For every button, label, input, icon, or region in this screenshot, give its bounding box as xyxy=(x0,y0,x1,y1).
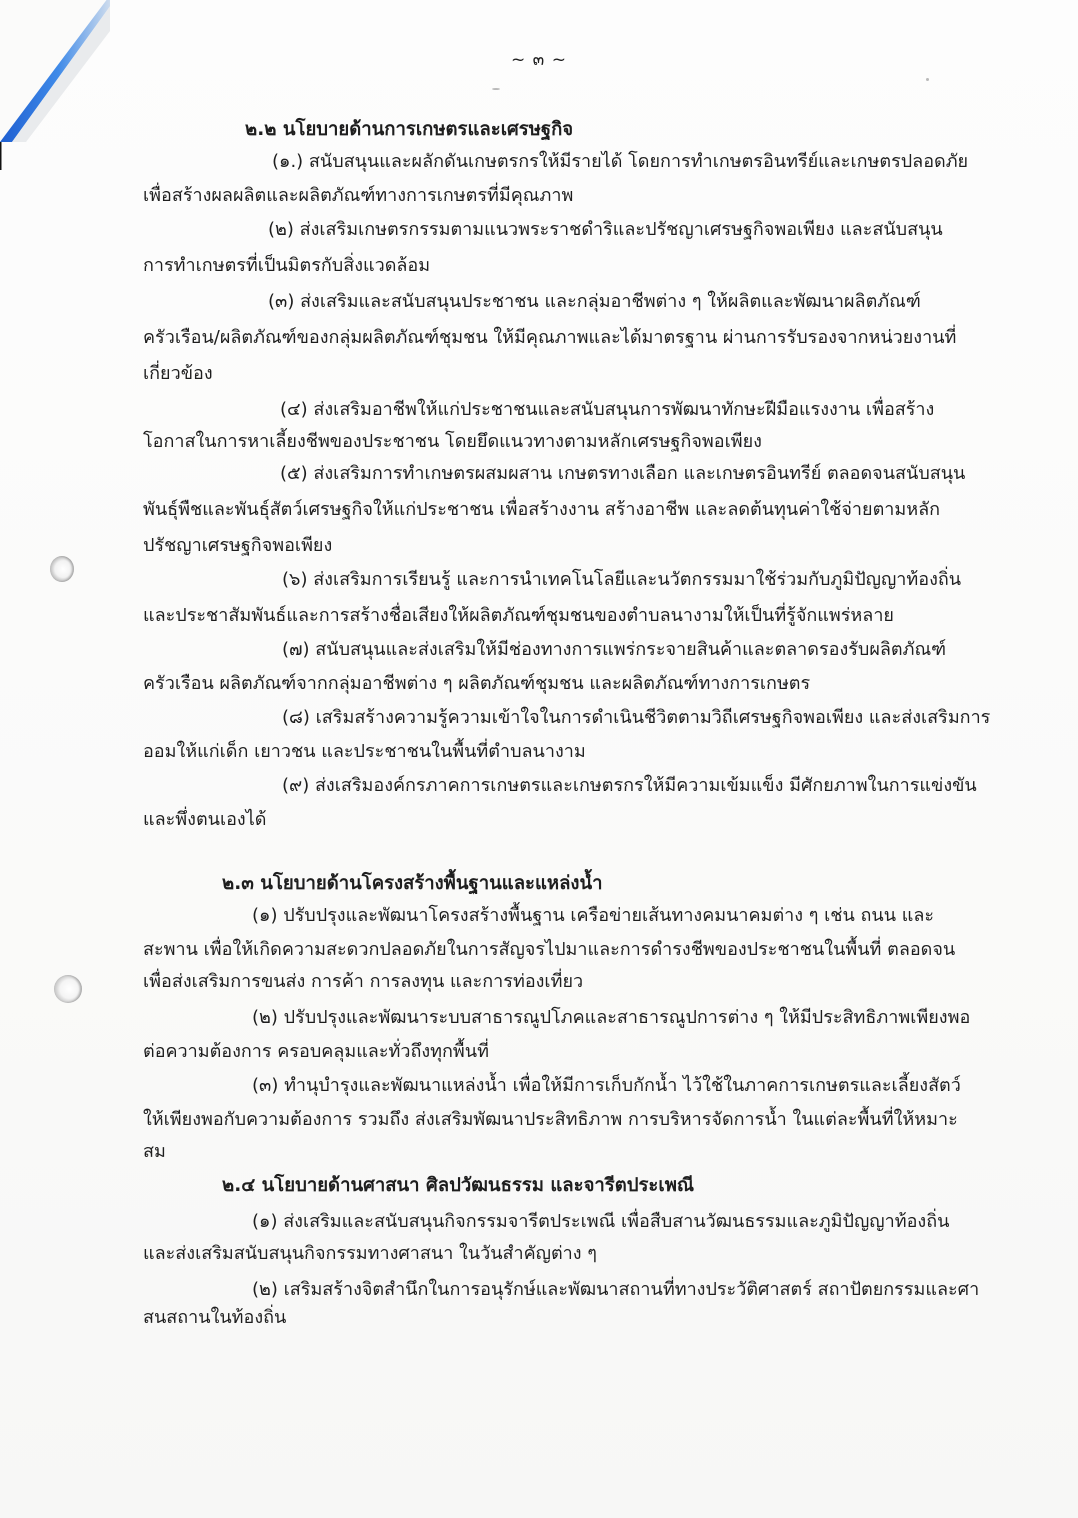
paragraph-line: เพื่อสร้างผลผลิตและผลิตภัณฑ์ทางการเกษตรท… xyxy=(143,184,573,208)
paragraph-line: (๗) สนับสนุนและส่งเสริมให้มีช่องทางการแพ… xyxy=(282,638,946,662)
paragraph-line: (๘) เสริมสร้างความรู้ความเข้าใจในการดำเน… xyxy=(282,706,990,730)
scanned-document-page: ~ ๓ ~ ๒.๒ นโยบายด้านการเกษตรและเศรษฐกิจ … xyxy=(0,0,1078,1518)
paragraph-line: สะพาน เพื่อให้เกิดความสะดวกปลอดภัยในการส… xyxy=(143,938,955,962)
punch-hole xyxy=(50,556,74,582)
paragraph-line: และพึ่งตนเองได้ xyxy=(143,808,266,832)
paragraph-line: ต่อความต้องการ ครอบคลุมและทั่วถึงทุกพื้น… xyxy=(143,1040,489,1064)
page-corner-fold-icon xyxy=(0,0,110,170)
paragraph-line: (๔) ส่งเสริมอาชีพให้แก่ประชาชนและสนับสนุ… xyxy=(280,398,934,422)
paragraph-line: สนสถานในท้องถิ่น xyxy=(143,1306,286,1330)
paragraph-line: ให้เพียงพอกับความต้องการ รวมถึง ส่งเสริม… xyxy=(143,1108,958,1132)
page-number: ~ ๓ ~ xyxy=(0,46,1078,73)
scan-speck xyxy=(492,88,500,90)
paragraph-line: ปรัชญาเศรษฐกิจพอเพียง xyxy=(143,534,332,558)
paragraph-line: (๓) ทำนุบำรุงและพัฒนาแหล่งน้ำ เพื่อให้มี… xyxy=(252,1074,961,1098)
paragraph-line: (๓) ส่งเสริมและสนับสนุนประชาชน และกลุ่มอ… xyxy=(268,290,921,314)
paragraph-line: พันธุ์พืชและพันธุ์สัตว์เศรษฐกิจให้แก่ประ… xyxy=(143,498,940,522)
paragraph-line: (๒) เสริมสร้างจิตสำนึกในการอนุรักษ์และพั… xyxy=(252,1278,979,1302)
paragraph-line: ครัวเรือน/ผลิตภัณฑ์ของกลุ่มผลิตภัณฑ์ชุมช… xyxy=(143,326,956,350)
paragraph-line: โอกาสในการหาเลี้ยงชีพของประชาชน โดยยึดแน… xyxy=(143,430,762,454)
section-heading: ๒.๒ นโยบายด้านการเกษตรและเศรษฐกิจ xyxy=(245,118,573,142)
section-heading: ๒.๔ นโยบายด้านศาสนา ศิลปวัฒนธรรม และจารี… xyxy=(222,1174,694,1198)
paragraph-line: ครัวเรือน ผลิตภัณฑ์จากกลุ่มอาชีพต่าง ๆ ผ… xyxy=(143,672,810,696)
paragraph-line: และส่งเสริมสนับสนุนกิจกรรมทางศาสนา ในวัน… xyxy=(143,1242,597,1266)
punch-hole xyxy=(54,975,82,1003)
scan-speck xyxy=(926,78,929,81)
section-heading: ๒.๓ นโยบายด้านโครงสร้างพื้นฐานและแหล่งน้… xyxy=(222,872,603,896)
paragraph-line: และประชาสัมพันธ์และการสร้างชื่อเสียงให้ผ… xyxy=(143,604,894,628)
paragraph-line: (๕) ส่งเสริมการทำเกษตรผสมผสาน เกษตรทางเล… xyxy=(280,462,965,486)
paragraph-line: (๙) ส่งเสริมองค์กรภาคการเกษตรและเกษตรกรใ… xyxy=(282,774,977,798)
paragraph-line: เกี่ยวข้อง xyxy=(143,362,213,386)
paragraph-line: ออมให้แก่เด็ก เยาวชน และประชาชนในพื้นที่… xyxy=(143,740,586,764)
paragraph-line: เพื่อส่งเสริมการขนส่ง การค้า การลงทุน แล… xyxy=(143,970,583,994)
paragraph-line: (๑) ส่งเสริมและสนับสนุนกิจกรรมจารีตประเพ… xyxy=(252,1210,949,1234)
paragraph-line: (๖) ส่งเสริมการเรียนรู้ และการนำเทคโนโลย… xyxy=(282,568,961,592)
paragraph-line: (๒) ปรับปรุงและพัฒนาระบบสาธารณูปโภคและสา… xyxy=(252,1006,970,1030)
paragraph-line: (๑.) สนับสนุนและผลักดันเกษตรกรให้มีรายได… xyxy=(272,150,1000,174)
paragraph-line: สม xyxy=(143,1140,166,1164)
paragraph-line: การทำเกษตรที่เป็นมิตรกับสิ่งแวดล้อม xyxy=(143,254,430,278)
paragraph-line: (๑) ปรับปรุงและพัฒนาโครงสร้างพื้นฐาน เคร… xyxy=(252,904,934,928)
paragraph-line: (๒) ส่งเสริมเกษตรกรรมตามแนวพระราชดำริและ… xyxy=(268,218,943,242)
